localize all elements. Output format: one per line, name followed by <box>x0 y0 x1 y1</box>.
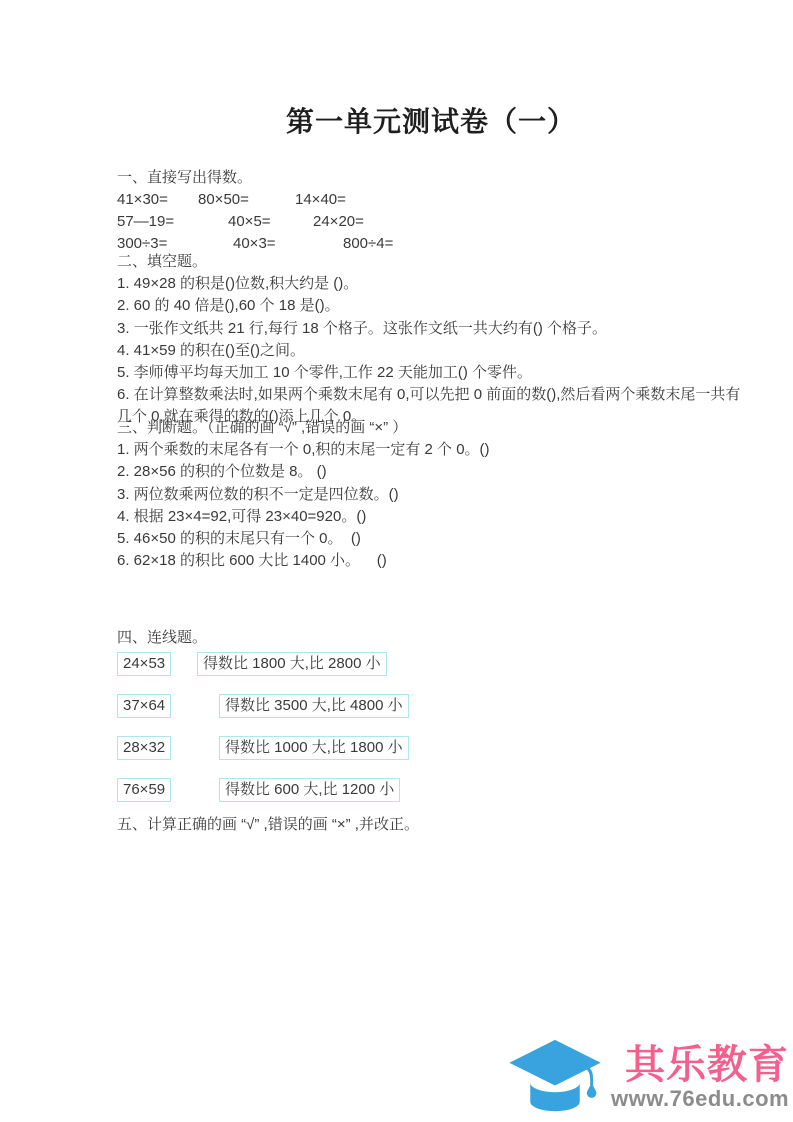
calc-problem: 57—19= <box>117 211 174 233</box>
judge-item: 6. 62×18 的积比 600 大比 1400 小。 () <box>117 550 749 572</box>
section5-heading: 五、计算正确的画 “√” ,错误的画 “×” ,并改正。 <box>117 814 419 836</box>
brand-url: www.76edu.com <box>611 1087 789 1111</box>
calc-problem: 41×30= <box>117 189 168 211</box>
judge-item: 4. 根据 23×4=92,可得 23×40=920。() <box>117 506 749 528</box>
brand-name: 其乐教育 <box>611 1043 789 1087</box>
match-right-box: 得数比 1800 大,比 2800 小 <box>197 652 387 676</box>
fill-blank-item: 1. 49×28 的积是()位数,积大约是 ()。 <box>117 273 749 295</box>
section3: 三、判断题。（正确的画 “√” ,错误的画 “×” ） 1. 两个乘数的末尾各有… <box>117 417 749 572</box>
section1-heading: 一、直接写出得数。 <box>117 167 252 189</box>
match-right-box: 得数比 1000 大,比 1800 小 <box>219 736 409 760</box>
match-left-box: 76×59 <box>117 778 171 802</box>
section2: 二、填空题。 1. 49×28 的积是()位数,积大约是 ()。 2. 60 的… <box>117 251 749 429</box>
judge-item: 3. 两位数乘两位数的积不一定是四位数。() <box>117 484 749 506</box>
match-right-box: 得数比 3500 大,比 4800 小 <box>219 694 409 718</box>
section4-heading: 四、连线题。 <box>117 627 207 649</box>
judge-item: 5. 46×50 的积的末尾只有一个 0。 () <box>117 528 749 550</box>
calc-row-1: 41×30= 80×50= 14×40= <box>117 189 677 211</box>
brand-text: 其乐教育 www.76edu.com <box>611 1038 789 1111</box>
judge-item: 1. 两个乘数的末尾各有一个 0,积的末尾一定有 2 个 0。() <box>117 439 749 461</box>
fill-blank-item: 3. 一张作文纸共 21 行,每行 18 个格子。这张作文纸一共大约有() 个格… <box>117 318 749 340</box>
judge-item: 2. 28×56 的积的个位数是 8。 () <box>117 461 749 483</box>
page-title: 第一单元测试卷（一） <box>120 100 742 140</box>
test-paper-page: 第一单元测试卷（一） 一、直接写出得数。 41×30= 80×50= 14×40… <box>0 0 793 1122</box>
fill-blank-item: 5. 李师傅平均每天加工 10 个零件,工作 22 天能加工() 个零件。 <box>117 362 749 384</box>
section2-heading: 二、填空题。 <box>117 251 749 273</box>
match-right-box: 得数比 600 大,比 1200 小 <box>219 778 400 802</box>
fill-blank-item: 2. 60 的 40 倍是(),60 个 18 是()。 <box>117 295 749 317</box>
graduation-cap-icon <box>507 1038 603 1116</box>
section3-heading: 三、判断题。（正确的画 “√” ,错误的画 “×” ） <box>117 417 749 439</box>
calc-problem: 40×5= <box>228 211 271 233</box>
match-left-box: 24×53 <box>117 652 171 676</box>
match-left-box: 37×64 <box>117 694 171 718</box>
brand-logo: 其乐教育 www.76edu.com <box>507 1038 789 1116</box>
calc-row-2: 57—19= 40×5= 24×20= <box>117 211 677 233</box>
calc-problem: 80×50= <box>198 189 249 211</box>
fill-blank-item: 4. 41×59 的积在()至()之间。 <box>117 340 749 362</box>
calc-problem: 24×20= <box>313 211 364 233</box>
match-left-box: 28×32 <box>117 736 171 760</box>
calc-problem: 14×40= <box>295 189 346 211</box>
